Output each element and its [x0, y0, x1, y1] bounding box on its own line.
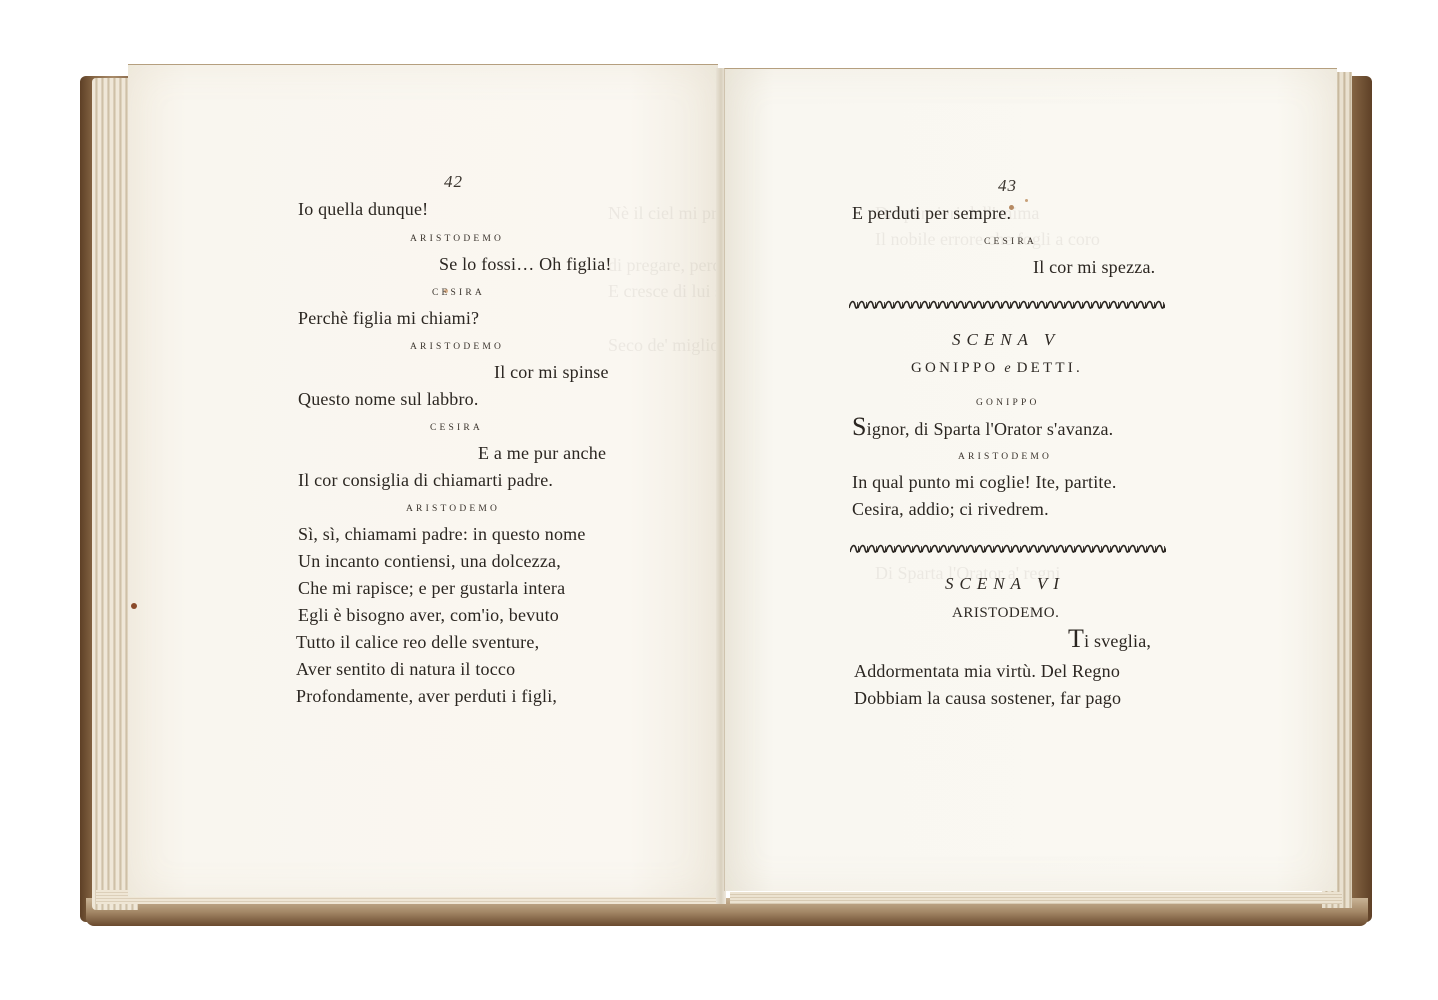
verse-line: E perduti per sempre. [852, 203, 1011, 224]
verse-line: Io quella dunque! [298, 199, 428, 220]
cast-name: GONIPPO [911, 360, 998, 376]
verse-line: Sì, sì, chiamami padre: in questo nome [298, 524, 586, 545]
verse-line: Che mi rapisce; e per gustarla intera [298, 578, 565, 599]
verse-line: Il cor mi spinse [494, 362, 609, 383]
verse-line: Egli è bisogno aver, com'io, bevuto [298, 605, 559, 626]
verse-line: E a me pur anche [478, 443, 606, 464]
speaker-name: GONIPPO [976, 398, 1040, 408]
verse-line: Il cor mi spezza. [1033, 257, 1155, 278]
verse-line: Se lo fossi… Oh figlia! [439, 254, 612, 275]
speaker-name: ARISTODEMO [410, 342, 504, 352]
speaker-name: ARISTODEMO [958, 452, 1052, 462]
verse-line: Addormentata mia virtù. Del Regno [854, 661, 1120, 682]
speaker-name: ARISTODEMO [410, 234, 504, 244]
cast-name: DETTI. [1017, 360, 1083, 376]
speaker-name: CESIRA [430, 423, 483, 433]
page-number-right: 43 [998, 176, 1017, 196]
verse-line: Signor, di Sparta l'Orator s'avanza. [852, 414, 1113, 440]
foxing-spot [1025, 199, 1028, 202]
verse-line: Perchè figlia mi chiami? [298, 308, 479, 329]
verse-line: Ti sveglia, [1068, 626, 1151, 652]
foxing-spot [131, 603, 137, 609]
speaker-name: ARISTODEMO [406, 504, 500, 514]
verse-line: Questo nome sul labbro. [298, 389, 479, 410]
verse-line: Un incanto contiensi, una dolcezza, [298, 551, 561, 572]
speaker-name: CESIRA [984, 237, 1037, 247]
drop-capital: S [852, 412, 867, 441]
scene-heading: SCENA V [952, 330, 1060, 350]
cast-connector: e [1004, 361, 1010, 376]
page-stack-bottom-right [730, 892, 1342, 904]
wavy-rule-ornament [850, 542, 1166, 556]
verse-line: In qual punto mi coglie! Ite, partite. [852, 472, 1117, 493]
verse-line: Dobbiam la causa sostener, far pago [854, 688, 1121, 709]
scene-cast: GONIPPOeDETTI. [911, 360, 1083, 377]
drop-capital: T [1068, 624, 1084, 653]
scene-cast: ARISTODEMO. [952, 605, 1059, 622]
wavy-rule-ornament [849, 298, 1165, 312]
verse-line: Tutto il calice reo delle sventure, [296, 632, 539, 653]
verse-line: Aver sentito di natura il tocco [296, 659, 515, 680]
scene-heading: SCENA VI [945, 574, 1065, 594]
verse-line: Cesira, addio; ci rivedrem. [852, 499, 1049, 520]
speaker-name: CESIRA [432, 288, 485, 298]
open-book: Nè il ciel mi preserva, di pregare, perd… [0, 0, 1438, 1000]
verse-line: Profondamente, aver perduti i figli, [296, 686, 557, 707]
page-number-left: 42 [444, 172, 463, 192]
verse-line: Il cor consiglia di chiamarti padre. [298, 470, 553, 491]
